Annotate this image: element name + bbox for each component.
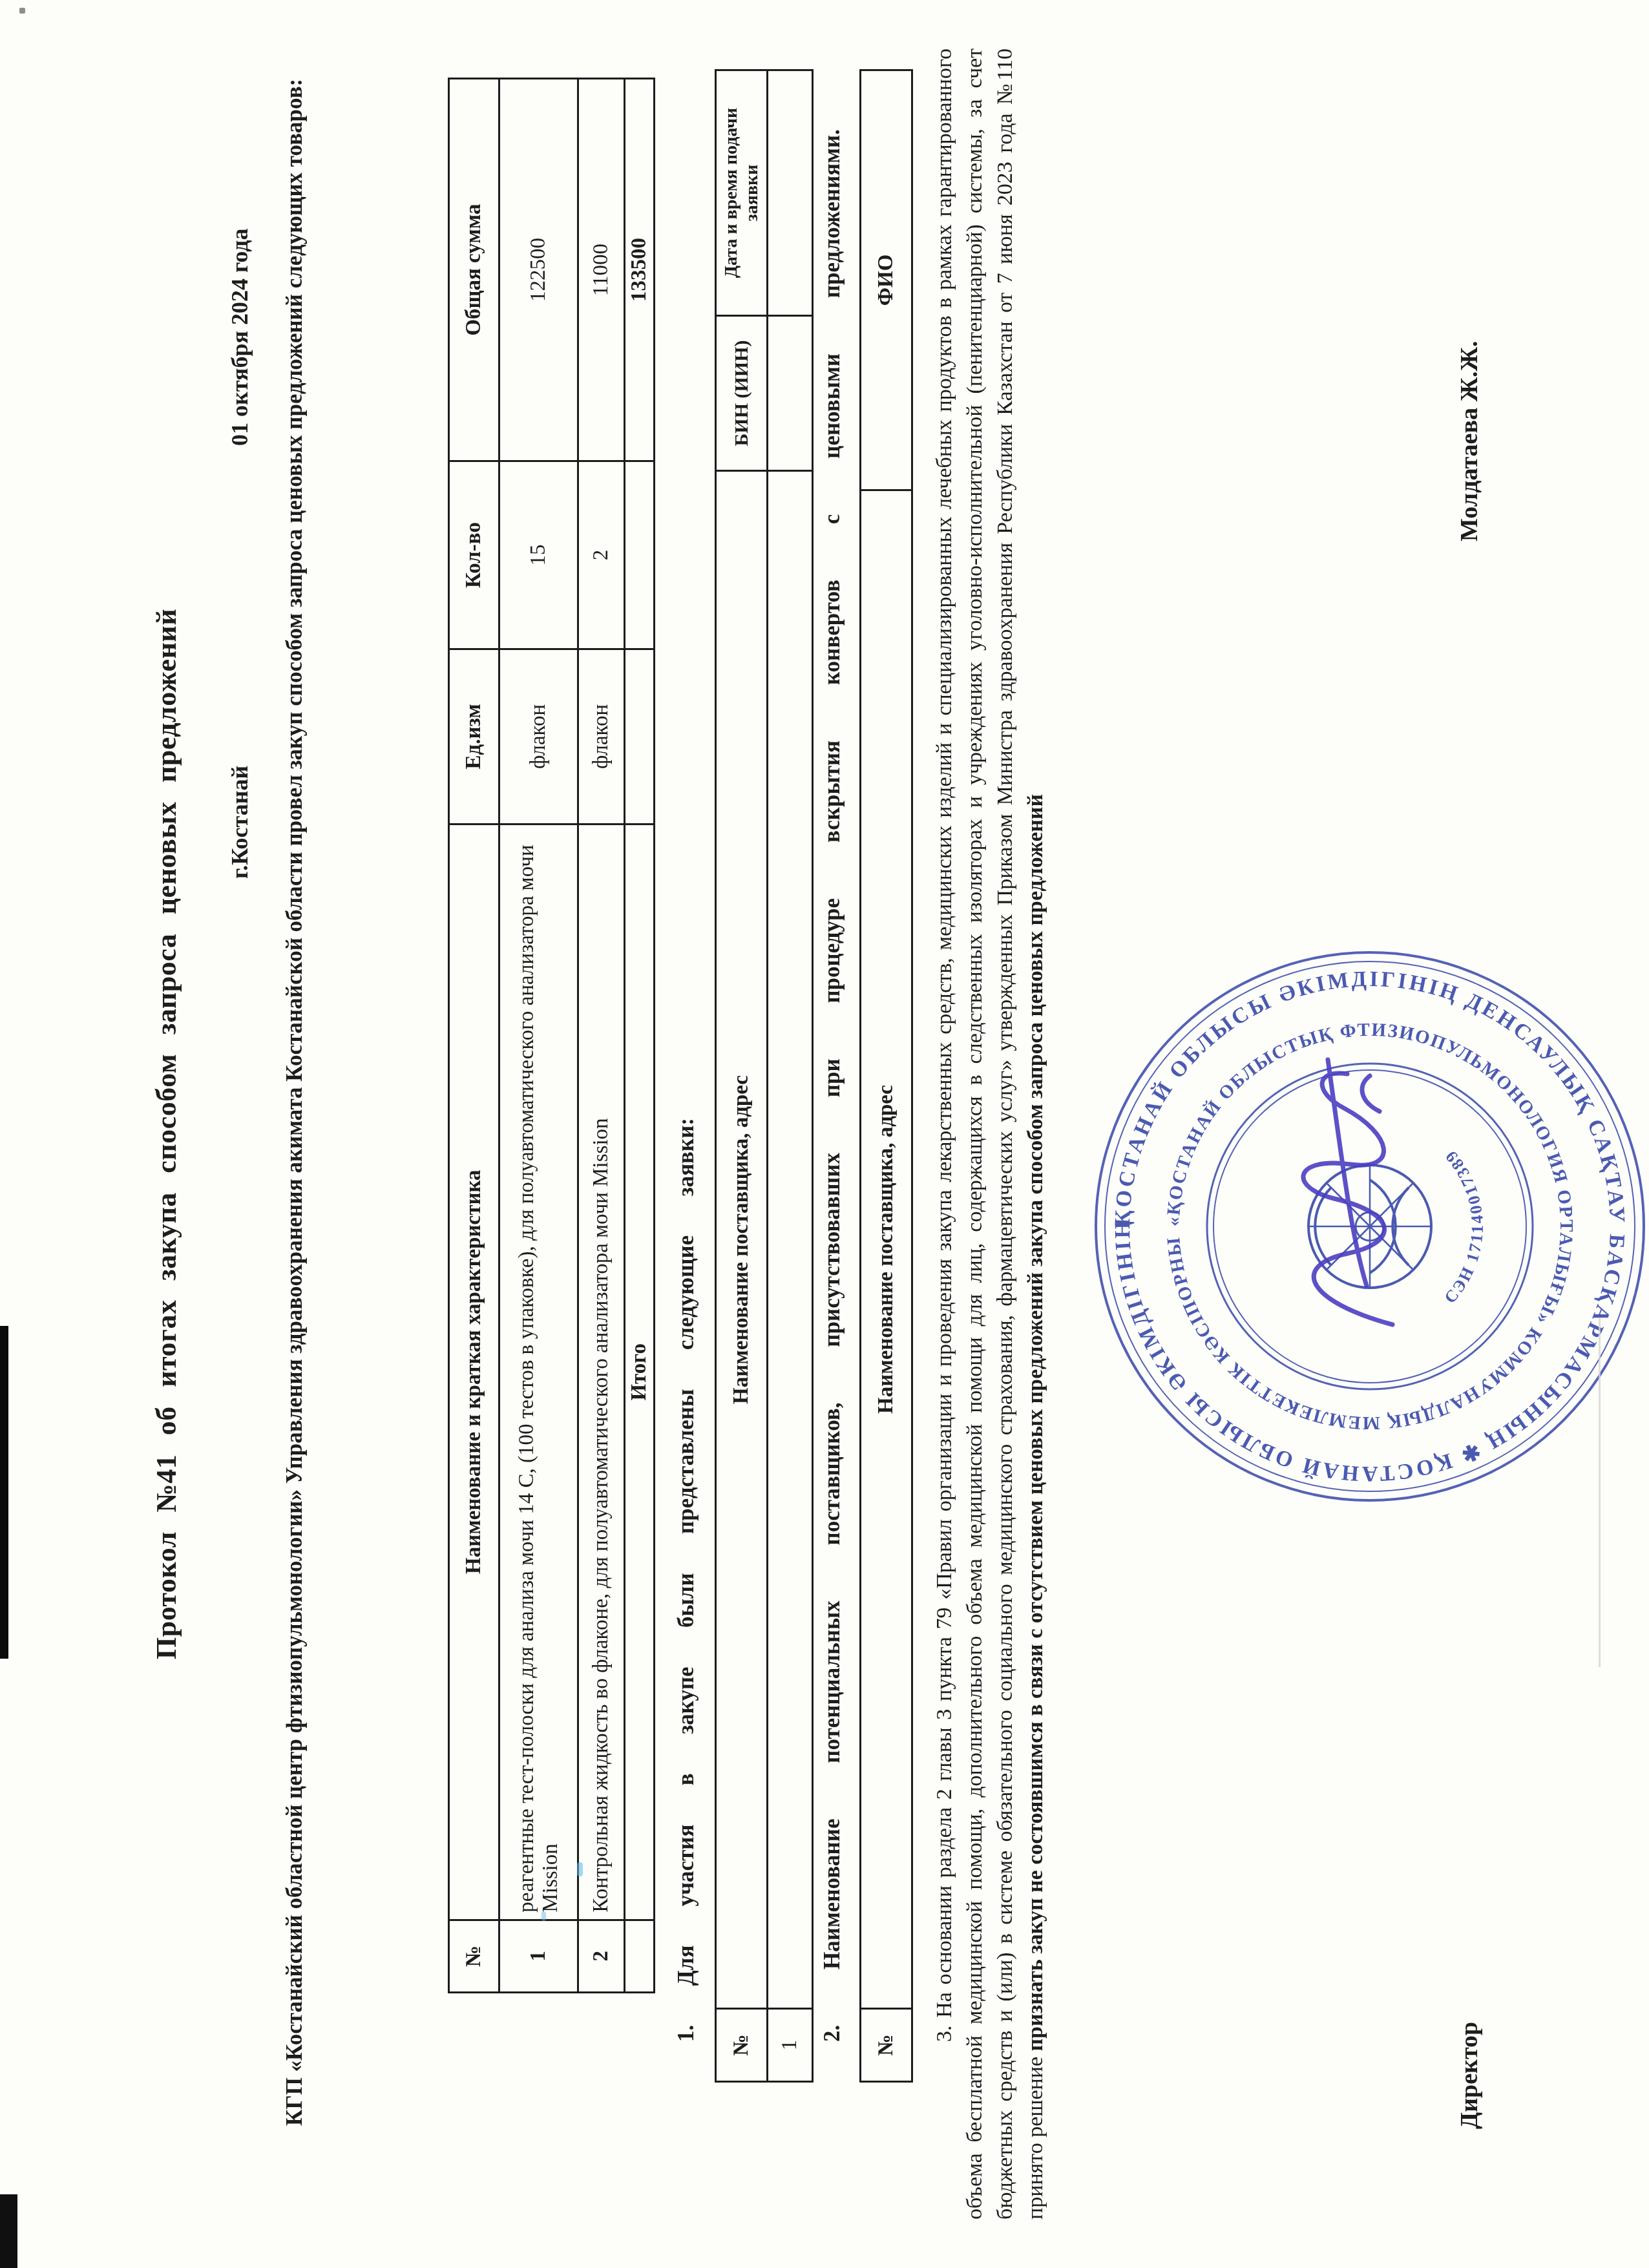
row-num: 1 (499, 1920, 578, 1992)
col-sum: Общая сумма (449, 79, 499, 461)
signature-name: Молдатаева Ж.Ж. (1455, 341, 1484, 541)
table-row: 1 реагентные тест-полоски для анализа мо… (499, 79, 578, 1993)
row-num: 2 (578, 1920, 625, 1992)
document-page: Протокол №41 об итогах закупа способом з… (0, 0, 1649, 2268)
total-sum: 133500 (625, 79, 655, 461)
col-unit: Ед.изм (449, 649, 499, 824)
row-unit: флакон (578, 649, 625, 824)
col-bin: БИН (ИИН) (716, 316, 768, 471)
signature-strokes (1231, 1027, 1470, 1363)
row-bin (768, 316, 813, 471)
goods-header-row: № Наименование и краткая характеристика … (449, 79, 499, 1993)
page-title: Протокол №41 об итогах закупа способом з… (150, 0, 183, 2268)
row-date (768, 70, 813, 316)
attendees-header-row: № Наименование поставщика, адрес ФИО (861, 70, 912, 2082)
attendees-table: № Наименование поставщика, адрес ФИО (859, 69, 913, 2083)
row-name: Контрольная жидкость во флаконе, для пол… (578, 824, 625, 1920)
col-no: № (861, 2009, 912, 2082)
document-city: г.Костанай (226, 766, 253, 879)
section3-paragraph: 3. На основании раздела 2 главы 3 пункта… (929, 48, 1051, 2220)
col-supplier: Наименование поставщика, адрес (716, 471, 768, 2009)
empty-cell (625, 649, 655, 824)
col-date: Дата и время подачи заявки (716, 70, 768, 316)
row-qty: 15 (499, 461, 578, 649)
section1-heading: 1. Для участия в закупе были представлен… (673, 1118, 699, 2042)
row-supplier (768, 471, 813, 2009)
row-num: 1 (768, 2009, 813, 2082)
col-qty: Кол-во (449, 461, 499, 649)
total-label: Итого (625, 824, 655, 1920)
table-row: 1 (768, 70, 813, 2082)
empty-cell (625, 1920, 655, 1992)
section2-heading: 2. Наименование потенциальных поставщико… (819, 129, 845, 2042)
row-unit: флакон (499, 649, 578, 824)
col-name: Наименование и краткая характеристика (449, 824, 499, 1920)
handwritten-signature (1231, 1027, 1470, 1363)
signature-role: Директор (1455, 2022, 1484, 2129)
bids-header-row: № Наименование поставщика, адрес БИН (ИИ… (716, 70, 768, 2082)
col-no: № (449, 1920, 499, 1992)
table-row: 2 Контрольная жидкость во флаконе, для п… (578, 79, 625, 1993)
row-qty: 2 (578, 461, 625, 649)
row-sum: 122500 (499, 79, 578, 461)
intro-paragraph: КГП «Костанайский областной центр фтизио… (277, 48, 313, 2220)
row-name: реагентные тест-полоски для анализа мочи… (499, 824, 578, 1920)
section3-decision-bold: признать закуп не состоявшимся в связи с… (1024, 794, 1047, 2052)
col-no: № (716, 2009, 768, 2082)
empty-cell (625, 461, 655, 649)
row-sum: 11000 (578, 79, 625, 461)
document-date: 01 октября 2024 года (226, 228, 253, 446)
scanned-document: Протокол №41 об итогах закупа способом з… (0, 0, 1649, 2268)
total-row: Итого 133500 (625, 79, 655, 1993)
col-fio: ФИО (861, 70, 912, 490)
col-supplier: Наименование поставщика, адрес (861, 490, 912, 2009)
goods-table: № Наименование и краткая характеристика … (448, 78, 655, 1993)
bids-table: № Наименование поставщика, адрес БИН (ИИ… (715, 69, 814, 2083)
